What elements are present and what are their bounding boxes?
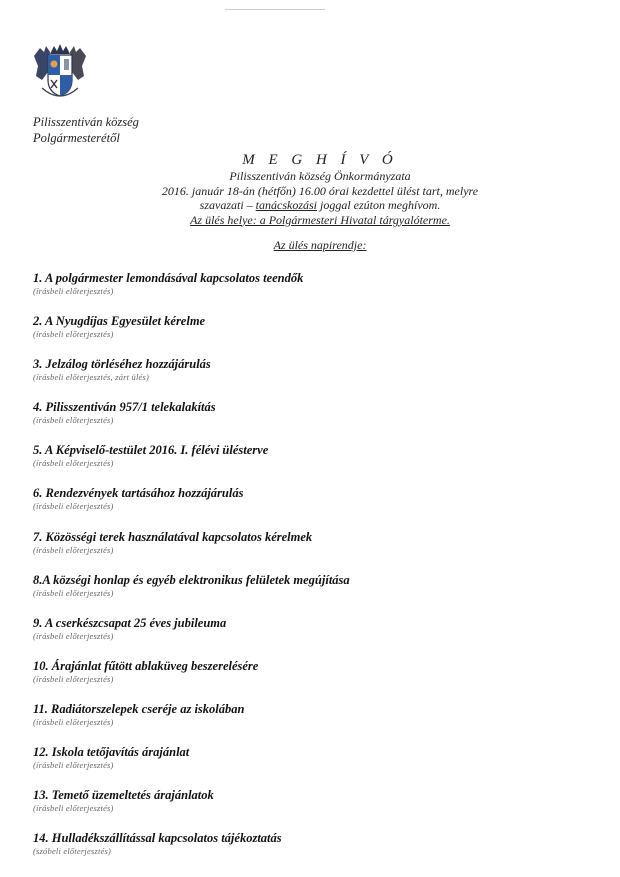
agenda-item-note: (írásbeli előterjesztés, zárt ülés) xyxy=(33,372,593,383)
agenda-item-note: (írásbeli előterjesztés) xyxy=(33,717,593,728)
agenda-item-title: 8.A községi honlap és egyéb elektronikus… xyxy=(33,572,593,588)
agenda-item-note: (írásbeli előterjesztés) xyxy=(33,545,593,556)
agenda-item-note: (írásbeli előterjesztés) xyxy=(33,501,593,512)
agenda-item-title: 2. A Nyugdíjas Egyesület kérelme xyxy=(33,313,593,329)
agenda-item: 7. Közösségi terek használatával kapcsol… xyxy=(33,529,593,572)
agenda-item-title: 7. Közösségi terek használatával kapcsol… xyxy=(33,529,593,545)
intro-line-2: 2016. január 18-án (hétfőn) 16.00 órai k… xyxy=(150,184,490,199)
agenda-item-title: 4. Pilisszentiván 957/1 telekalakítás xyxy=(33,399,593,415)
agenda-item-note: (írásbeli előterjesztés) xyxy=(33,458,593,469)
agenda-item-title: 3. Jelzálog törléséhez hozzájárulás xyxy=(33,356,593,372)
agenda-item: 3. Jelzálog törléséhez hozzájárulás(írás… xyxy=(33,356,593,399)
sender-block: Pilisszentiván község Polgármesterétől xyxy=(33,114,139,146)
intro-line-3-underlined: tanácskozási xyxy=(256,198,317,212)
agenda-list: 1. A polgármester lemondásával kapcsolat… xyxy=(33,270,593,873)
agenda-item-note: (írásbeli előterjesztés) xyxy=(33,329,593,340)
agenda-item-title: 6. Rendezvények tartásához hozzájárulás xyxy=(33,485,593,501)
agenda-item: 12. Iskola tetőjavítás árajánlat(írásbel… xyxy=(33,744,593,787)
agenda-item-title: 12. Iskola tetőjavítás árajánlat xyxy=(33,744,593,760)
agenda-item: 2. A Nyugdíjas Egyesület kérelme(írásbel… xyxy=(33,313,593,356)
agenda-item: 10. Árajánlat fűtött ablaküveg beszerelé… xyxy=(33,658,593,701)
agenda-item-note: (írásbeli előterjesztés) xyxy=(33,760,593,771)
coat-of-arms-icon xyxy=(32,42,88,104)
agenda-item-note: (írásbeli előterjesztés) xyxy=(33,674,593,685)
agenda-item-note: (írásbeli előterjesztés) xyxy=(33,631,593,642)
agenda-item: 6. Rendezvények tartásához hozzájárulás(… xyxy=(33,485,593,528)
agenda-item: 8.A községi honlap és egyéb elektronikus… xyxy=(33,572,593,615)
agenda-title: Az ülés napirendje: xyxy=(150,238,490,253)
invitation-header: M E G H Í V Ó Pilisszentiván község Önko… xyxy=(150,151,490,227)
agenda-item-title: 14. Hulladékszállítással kapcsolatos táj… xyxy=(33,830,593,846)
agenda-item-note: (írásbeli előterjesztés) xyxy=(33,415,593,426)
agenda-item-note: (írásbeli előterjesztés) xyxy=(33,803,593,814)
agenda-item-note: (szóbeli előterjesztés) xyxy=(33,846,593,857)
sender-office: Polgármesterétől xyxy=(33,130,139,146)
agenda-item-title: 13. Temető üzemeltetés árajánlatok xyxy=(33,787,593,803)
sender-municipality: Pilisszentiván község xyxy=(33,114,139,130)
agenda-item-note: (írásbeli előterjesztés) xyxy=(33,286,593,297)
agenda-item: 9. A cserkészcsapat 25 éves jubileuma(ír… xyxy=(33,615,593,658)
agenda-item-title: 1. A polgármester lemondásával kapcsolat… xyxy=(33,270,593,286)
meeting-location: Az ülés helye: a Polgármesteri Hivatal t… xyxy=(150,213,490,228)
intro-line-3-post: joggal ezúton meghívom. xyxy=(317,198,440,212)
agenda-item-note: (írásbeli előterjesztés) xyxy=(33,588,593,599)
agenda-item-title: 9. A cserkészcsapat 25 éves jubileuma xyxy=(33,615,593,631)
intro-line-1: Pilisszentiván község Önkormányzata xyxy=(150,169,490,184)
agenda-item-title: 11. Radiátorszelepek cseréje az iskolába… xyxy=(33,701,593,717)
intro-line-3: szavazati – tanácskozási joggal ezúton m… xyxy=(150,198,490,213)
agenda-item: 13. Temető üzemeltetés árajánlatok(írásb… xyxy=(33,787,593,830)
agenda-item: 11. Radiátorszelepek cseréje az iskolába… xyxy=(33,701,593,744)
agenda-item: 1. A polgármester lemondásával kapcsolat… xyxy=(33,270,593,313)
agenda-item-title: 10. Árajánlat fűtött ablaküveg beszerelé… xyxy=(33,658,593,674)
agenda-item: 14. Hulladékszállítással kapcsolatos táj… xyxy=(33,830,593,873)
document-title: M E G H Í V Ó xyxy=(150,151,490,169)
scan-artifact-line xyxy=(225,9,325,10)
intro-line-3-pre: szavazati – xyxy=(200,198,256,212)
agenda-item-title: 5. A Képviselő-testület 2016. I. félévi … xyxy=(33,442,593,458)
agenda-item: 5. A Képviselő-testület 2016. I. félévi … xyxy=(33,442,593,485)
agenda-item: 4. Pilisszentiván 957/1 telekalakítás(ír… xyxy=(33,399,593,442)
